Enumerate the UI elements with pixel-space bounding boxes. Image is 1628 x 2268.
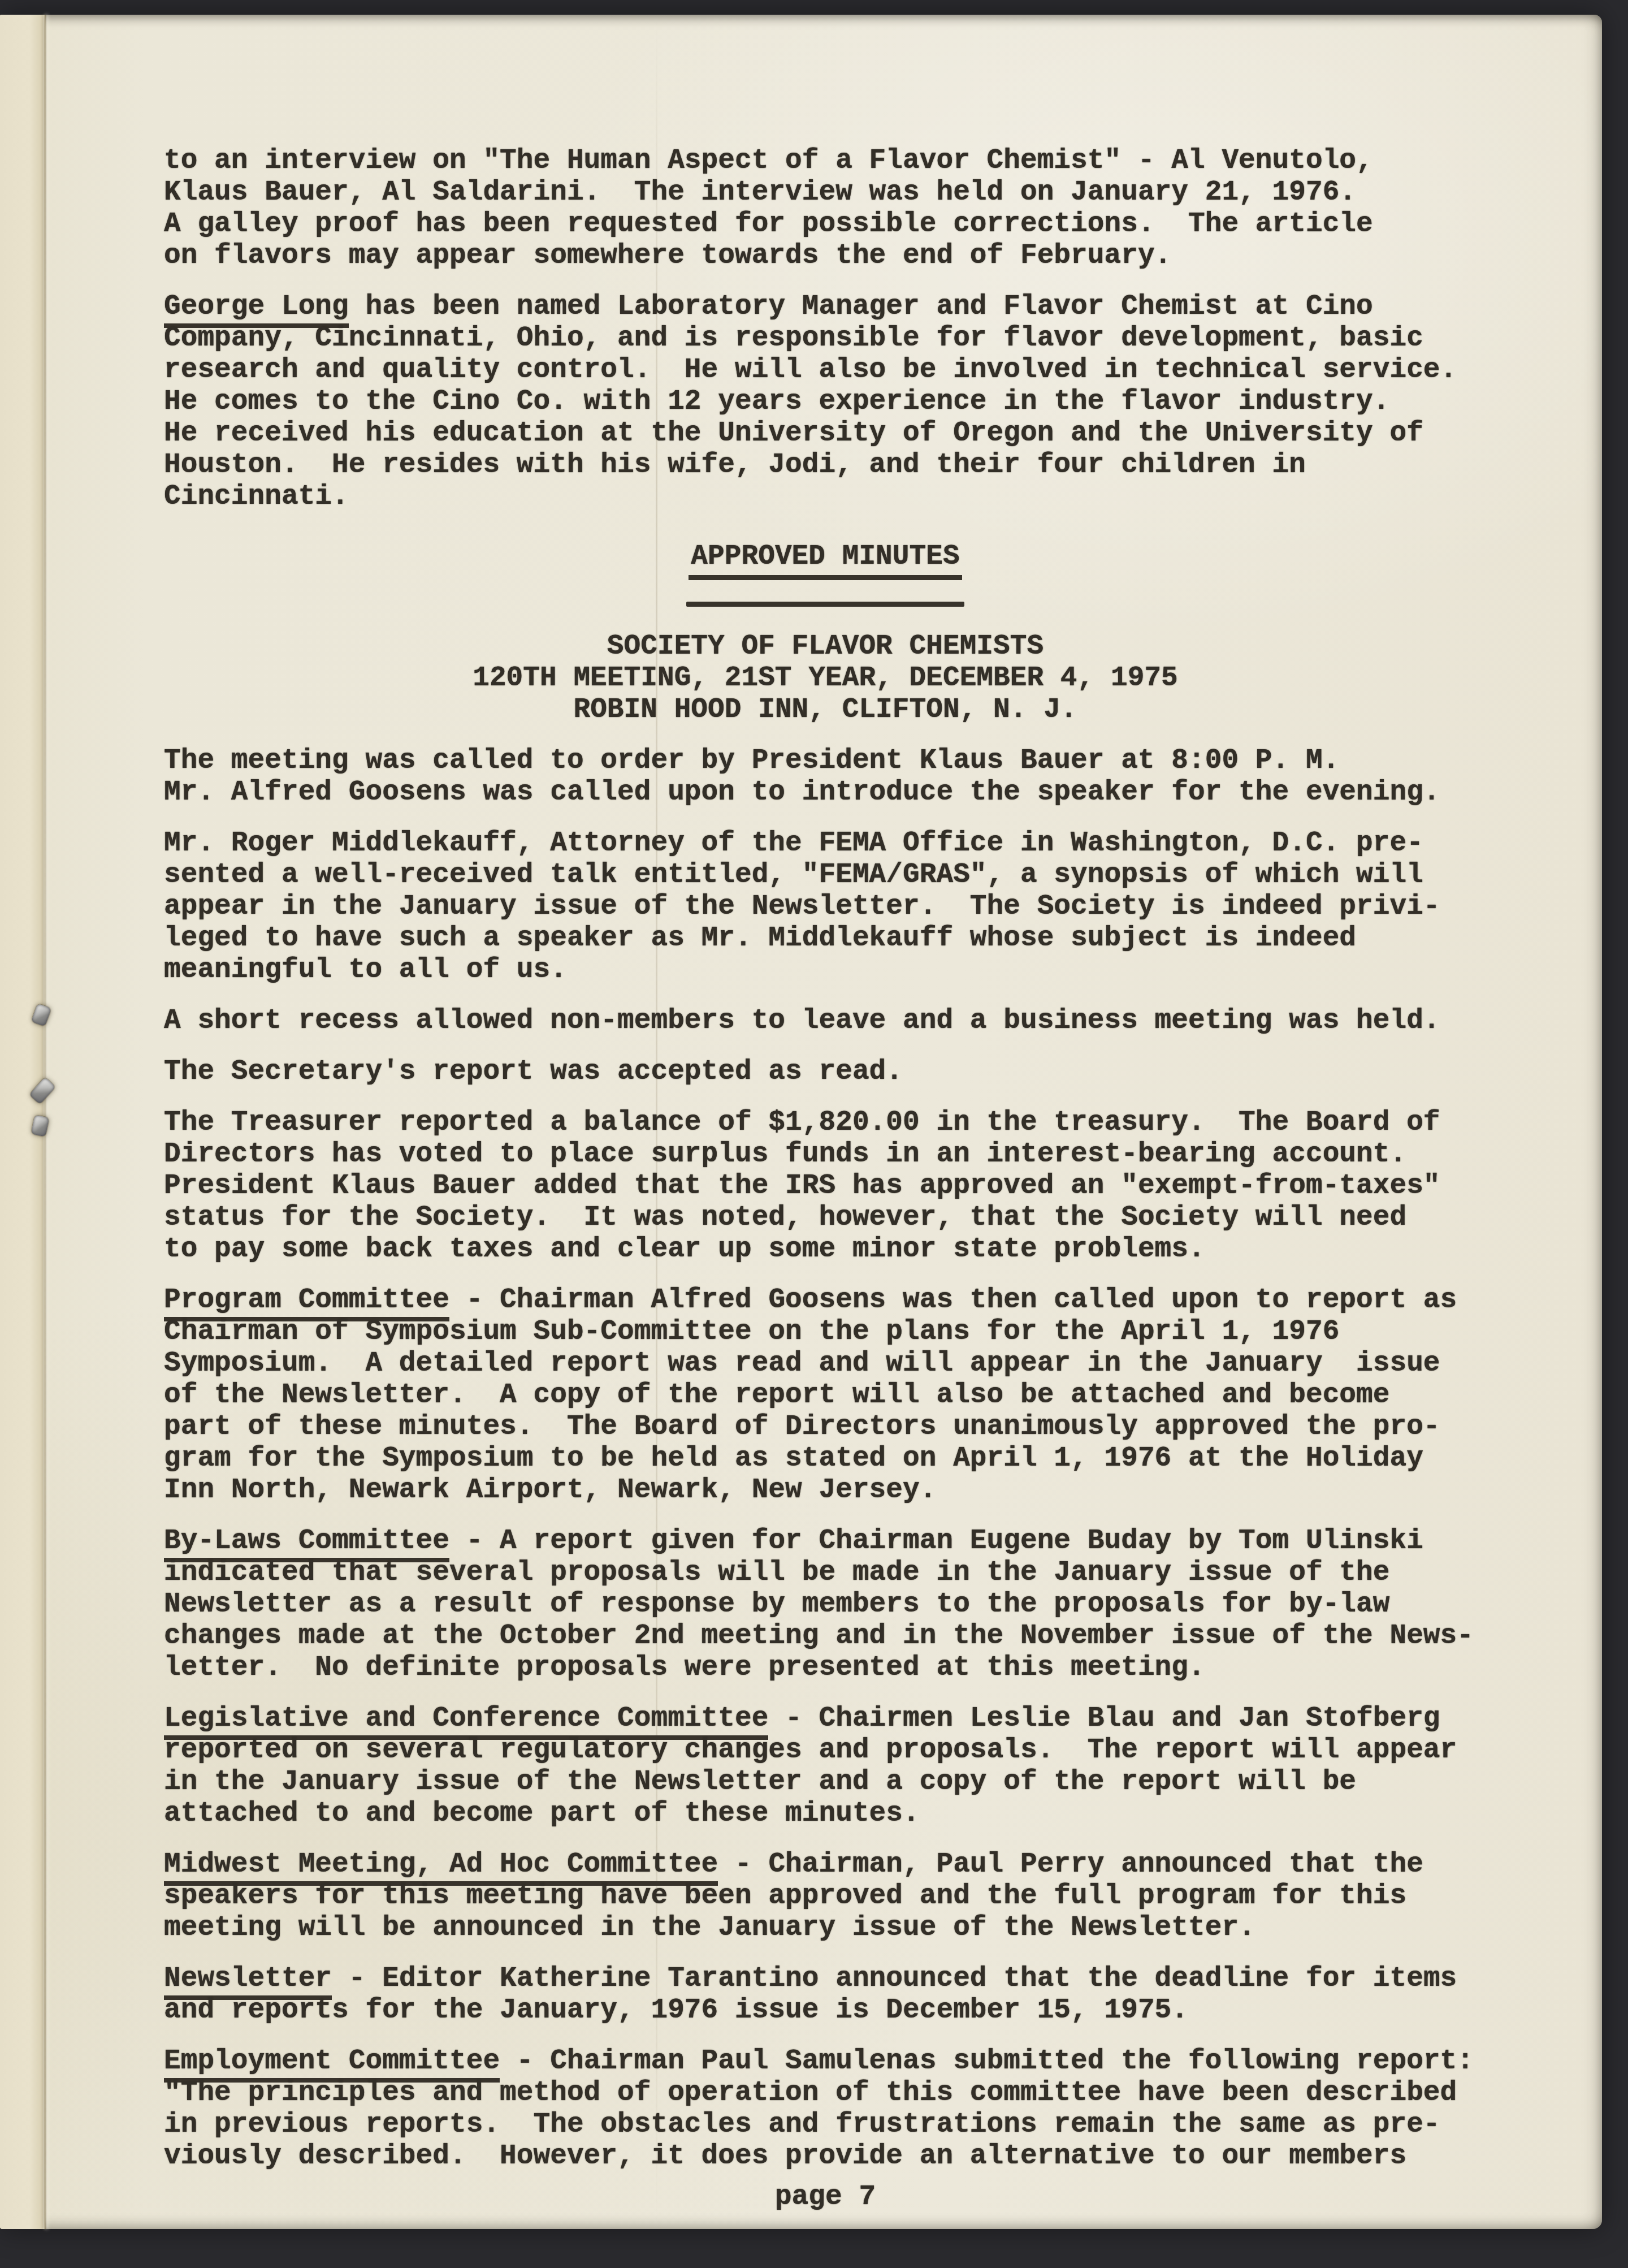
page-number: page 7 xyxy=(164,2181,1487,2213)
staple-icon xyxy=(31,1115,50,1137)
underlined-heading: Legislative and Conference Committee xyxy=(164,1703,768,1740)
underlined-heading: Program Committee xyxy=(164,1284,449,1321)
intro-paragraphs: to an interview on "The Human Aspect of … xyxy=(164,145,1521,512)
paragraph: Newsletter - Editor Katherine Tarantino … xyxy=(164,1963,1521,2026)
paragraph: Program Committee - Chairman Alfred Goos… xyxy=(164,1284,1521,1506)
paragraph: Employment Committee - Chairman Paul Sam… xyxy=(164,2045,1521,2172)
underlined-heading: Newsletter xyxy=(164,1963,332,2000)
divider-rule xyxy=(686,602,964,607)
minutes-paragraphs: The meeting was called to order by Presi… xyxy=(164,745,1521,2172)
paragraph: The Treasurer reported a balance of $1,8… xyxy=(164,1107,1521,1265)
paragraph: The meeting was called to order by Presi… xyxy=(164,745,1521,808)
paragraph: George Long has been named Laboratory Ma… xyxy=(164,291,1521,512)
paragraph: Midwest Meeting, Ad Hoc Committee - Chai… xyxy=(164,1848,1521,1943)
underlined-heading: George Long xyxy=(164,291,349,328)
scan-background: to an interview on "The Human Aspect of … xyxy=(0,0,1628,2268)
paragraph: Mr. Roger Middlekauff, Attorney of the F… xyxy=(164,827,1521,986)
underlined-heading: Midwest Meeting, Ad Hoc Committee xyxy=(164,1848,718,1886)
paragraph: to an interview on "The Human Aspect of … xyxy=(164,145,1521,271)
meeting-title: SOCIETY OF FLAVOR CHEMISTS 120TH MEETING… xyxy=(164,630,1487,725)
minutes-heading-line: APPROVED MINUTES xyxy=(164,541,1487,580)
paragraph: By-Laws Committee - A report given for C… xyxy=(164,1525,1521,1683)
underlined-heading: By-Laws Committee xyxy=(164,1525,449,1562)
minutes-heading: APPROVED MINUTES xyxy=(689,541,962,580)
paragraph: The Secretary's report was accepted as r… xyxy=(164,1056,1521,1087)
minutes-header-block: APPROVED MINUTES SOCIETY OF FLAVOR CHEMI… xyxy=(164,541,1487,725)
paragraph: Legislative and Conference Committee - C… xyxy=(164,1703,1521,1829)
document-text-column: to an interview on "The Human Aspect of … xyxy=(164,145,1521,2213)
document-page: to an interview on "The Human Aspect of … xyxy=(0,15,1602,2229)
paragraph: A short recess allowed non-members to le… xyxy=(164,1005,1521,1036)
underlined-heading: Employment Committee xyxy=(164,2045,500,2083)
